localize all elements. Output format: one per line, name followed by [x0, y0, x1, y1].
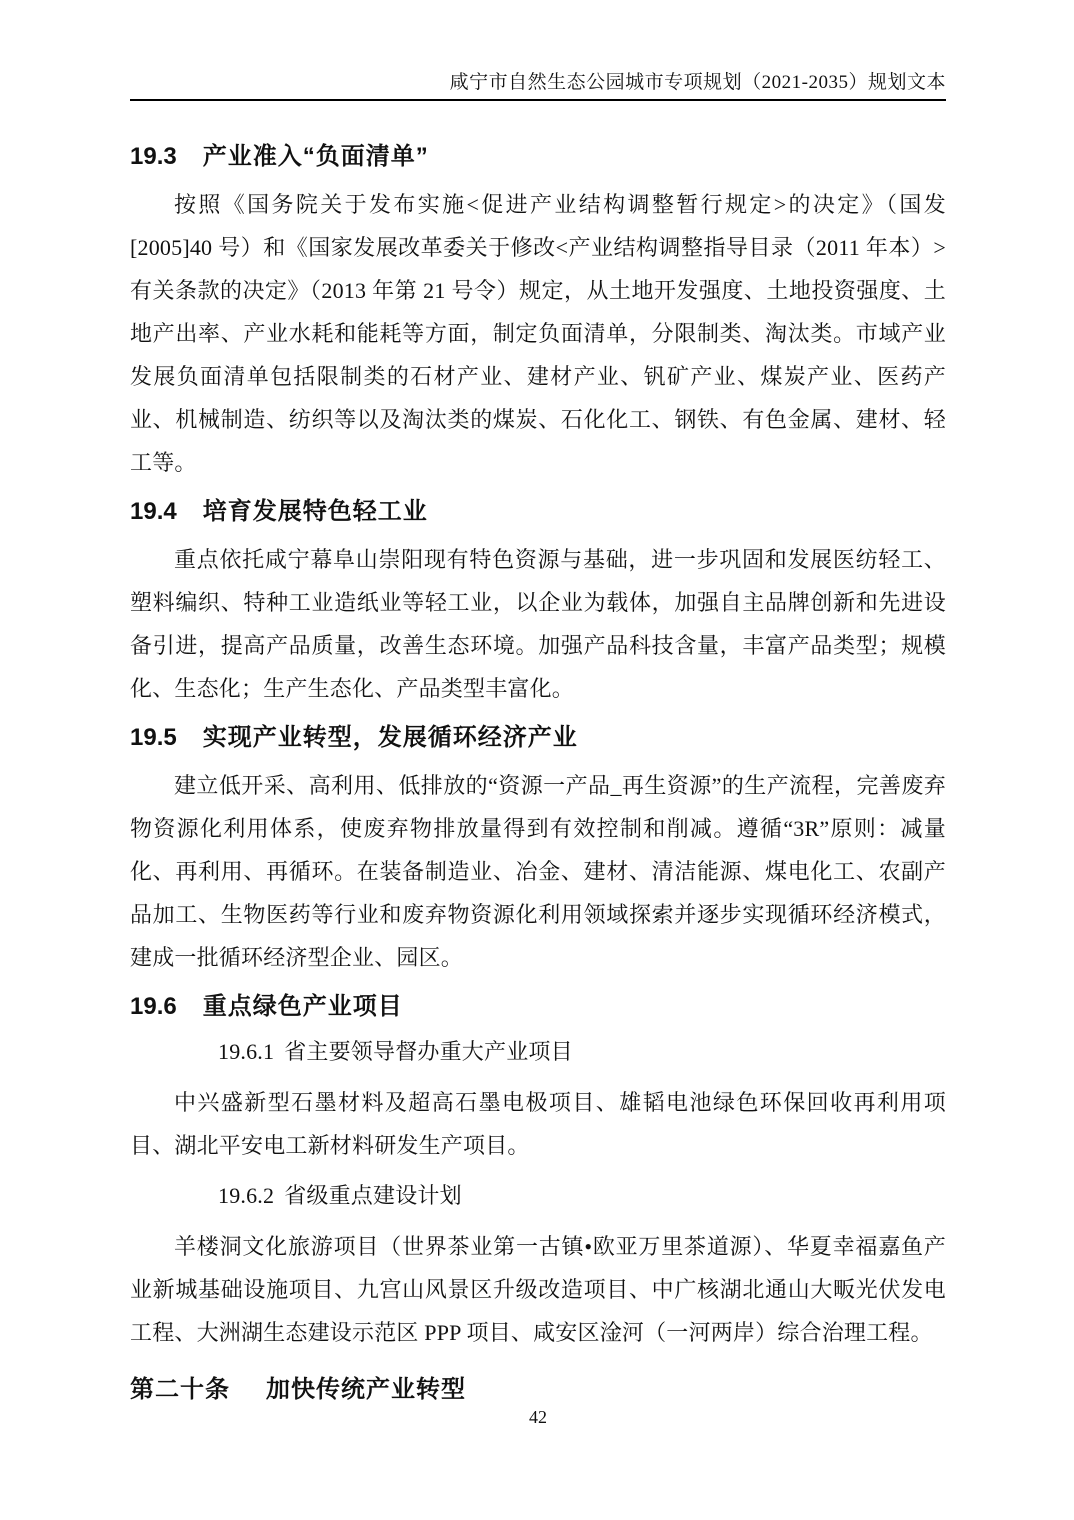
running-header-title: 咸宁市自然生态公园城市专项规划（2021-2035）规划文本: [130, 0, 946, 101]
subsection-19-6-1-heading: 19.6.1省主要领导督办重大产业项目: [130, 1037, 946, 1067]
page-number: 42: [130, 1406, 946, 1428]
document-body: 19.3产业准入“负面清单” 按照《国务院关于发布实施<促进产业结构调整暂行规定…: [130, 141, 946, 1406]
article-title: 加快传统产业转型: [266, 1376, 466, 1403]
section-19-6: 19.6重点绿色产业项目 19.6.1省主要领导督办重大产业项目 中兴盛新型石墨…: [130, 991, 946, 1354]
section-19-4: 19.4培育发展特色轻工业 重点依托咸宁幕阜山崇阳现有特色资源与基础，进一步巩固…: [130, 496, 946, 710]
section-19-5: 19.5实现产业转型，发展循环经济产业 建立低开采、高利用、低排放的“资源一产品…: [130, 722, 946, 979]
section-19-3-paragraph: 按照《国务院关于发布实施<促进产业结构调整暂行规定>的决定》（国发[2005]4…: [130, 183, 946, 484]
subsection-title: 省级重点建设计划: [284, 1183, 462, 1208]
section-title: 培育发展特色轻工业: [203, 498, 428, 525]
document-page: 咸宁市自然生态公园城市专项规划（2021-2035）规划文本 19.3产业准入“…: [0, 0, 1074, 1520]
section-number: 19.4: [130, 496, 177, 528]
subsection-19-6-2-paragraph: 羊楼洞文化旅游项目（世界茶业第一古镇•欧亚万里茶道源）、华夏幸福嘉鱼产业新城基础…: [130, 1225, 946, 1354]
subsection-number: 19.6.2: [174, 1181, 274, 1211]
section-19-3: 19.3产业准入“负面清单” 按照《国务院关于发布实施<促进产业结构调整暂行规定…: [130, 141, 946, 484]
section-19-5-paragraph: 建立低开采、高利用、低排放的“资源一产品_再生资源”的生产流程，完善废弃物资源化…: [130, 764, 946, 979]
subsection-number: 19.6.1: [174, 1037, 274, 1067]
section-number: 19.3: [130, 141, 177, 173]
section-19-3-heading: 19.3产业准入“负面清单”: [130, 141, 946, 173]
section-19-4-paragraph: 重点依托咸宁幕阜山崇阳现有特色资源与基础，进一步巩固和发展医纺轻工、塑料编织、特…: [130, 538, 946, 710]
subsection-19-6-2-heading: 19.6.2省级重点建设计划: [130, 1181, 946, 1211]
section-number: 19.5: [130, 722, 177, 754]
section-article-20: 第二十条加快传统产业转型: [130, 1374, 946, 1406]
subsection-title: 省主要领导督办重大产业项目: [284, 1039, 573, 1064]
subsection-19-6-1-paragraph: 中兴盛新型石墨材料及超高石墨电极项目、雄韬电池绿色环保回收再利用项目、湖北平安电…: [130, 1081, 946, 1167]
section-19-6-heading: 19.6重点绿色产业项目: [130, 991, 946, 1023]
page-content: 咸宁市自然生态公园城市专项规划（2021-2035）规划文本 19.3产业准入“…: [130, 0, 946, 1416]
section-19-4-heading: 19.4培育发展特色轻工业: [130, 496, 946, 528]
section-title: 实现产业转型，发展循环经济产业: [203, 724, 578, 751]
article-number: 第二十条: [130, 1374, 230, 1406]
section-number: 19.6: [130, 991, 177, 1023]
section-title: 产业准入“负面清单”: [203, 143, 429, 170]
page-header: 咸宁市自然生态公园城市专项规划（2021-2035）规划文本: [130, 0, 946, 101]
section-19-5-heading: 19.5实现产业转型，发展循环经济产业: [130, 722, 946, 754]
article-20-heading: 第二十条加快传统产业转型: [130, 1374, 946, 1406]
section-title: 重点绿色产业项目: [203, 993, 403, 1020]
